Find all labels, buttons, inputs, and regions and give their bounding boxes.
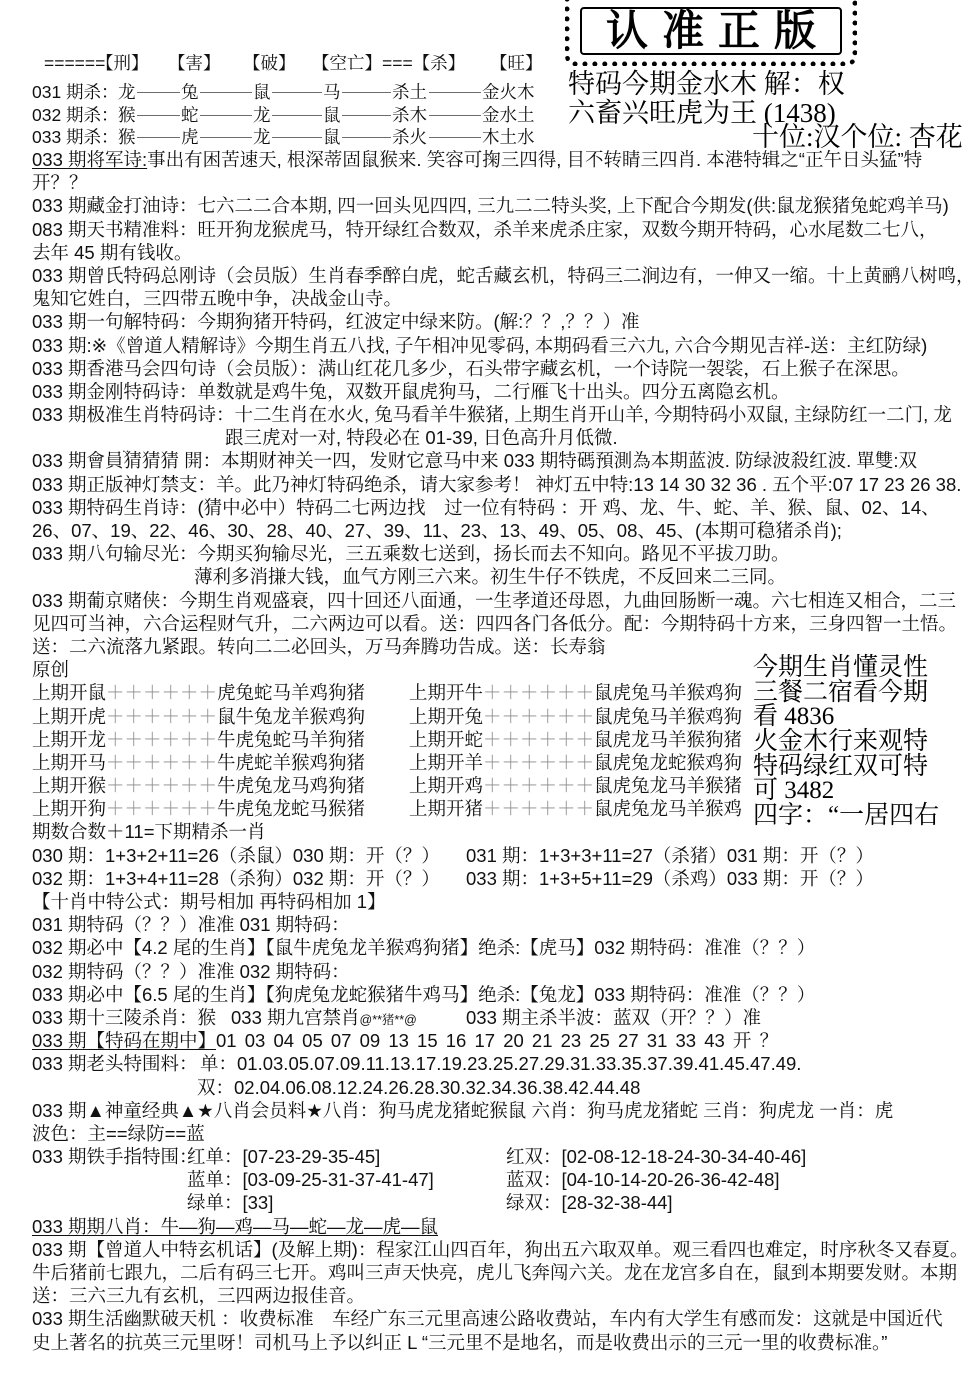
history-line: 031 期特码（？？）准准 031 期特码： bbox=[32, 913, 975, 936]
connector-line bbox=[272, 137, 322, 138]
humor-line: 033 期生活幽默破天机 ：收费标准 车经广东三元里高速公路收费站，车内有大学生… bbox=[32, 1307, 975, 1330]
side-poem-line: 可 3482 bbox=[753, 779, 939, 804]
kill-row-label: 031 期杀： bbox=[32, 81, 119, 104]
original-left: 上期开龙＋＋＋＋＋＋牛虎兔蛇马羊狗猪 bbox=[32, 728, 365, 751]
tema-shengxiao-line: 033 期特码生肖诗：(猜中必中）特码二七两边找 过一位有特码 ：开 鸡、龙、牛… bbox=[32, 496, 975, 519]
original-right: 上期开牛＋＋＋＋＋＋鼠虎兔马羊猴鸡狗 bbox=[409, 681, 742, 704]
xuanji-line: 033 期【曾道人中特玄机话】(及解上期)：程家江山四百年，狗出五六取双单。观三… bbox=[32, 1238, 975, 1261]
humor-line: 史上著名的抗英三元里呀！司机马上予以纠正 L “三元里不是地名，而是收费出示的三… bbox=[32, 1331, 975, 1354]
plus-signs: ＋＋＋＋＋＋ bbox=[106, 752, 217, 773]
original-right: 上期开蛇＋＋＋＋＋＋鼠虎龙马羊猴狗猪 bbox=[409, 728, 742, 751]
formula-row: 032 期：1+3+4+11=28（杀狗）032 期：开（？） 033 期：1+… bbox=[32, 867, 975, 890]
even-label: 双： bbox=[197, 1077, 234, 1098]
kill-row-label: 032 期杀： bbox=[32, 104, 119, 127]
plus-signs: ＋＋＋＋＋＋ bbox=[106, 775, 217, 796]
row-label: 上期开龙 bbox=[32, 729, 106, 750]
formula-cell: 030 期：1+3+2+11=26（杀鼠）030 期：开（？） bbox=[32, 844, 440, 867]
tieshouzhi-line: 蓝单：[03-09-25-31-37-41-47] 蓝双：[04-10-14-2… bbox=[32, 1168, 975, 1191]
jiugong-value: @**猪**@ bbox=[360, 1013, 417, 1027]
shentong-line: 033 期▲神童经典▲★八肖会员料★八肖：狗马虎龙猪蛇猴鼠 六肖：狗马虎龙猪蛇 … bbox=[32, 1099, 975, 1122]
xuanji-line: 送：三六三九有玄机，三四两边报佳音。 bbox=[32, 1284, 975, 1307]
jiugong-label: 033 期九宫禁肖 bbox=[231, 1007, 360, 1028]
logo-inner-frame: 认准正版 bbox=[580, 7, 842, 55]
ten-xiao-formula: 【十肖中特公式：期号相加 再特码相加 1】 bbox=[32, 890, 975, 913]
row-result: 鼠虎兔龙马羊猴鸡 bbox=[594, 798, 742, 819]
side-poem-line: 看 4836 bbox=[753, 705, 939, 730]
laotou-even: 双：02.04.06.08.12.24.26.28.30.32.34.36.38… bbox=[197, 1076, 640, 1099]
original-right: 上期开猪＋＋＋＋＋＋鼠虎兔龙马羊猴鸡 bbox=[409, 797, 742, 820]
laotou-odd: 单：01.03.05.07.09.11.13.17.19.23.25.27.29… bbox=[200, 1052, 801, 1075]
row-label: 上期开猴 bbox=[32, 775, 106, 796]
original-right: 上期开兔＋＋＋＋＋＋鼠虎兔马羊猴鸡狗 bbox=[409, 705, 742, 728]
pujing-line: 033 期葡京赌侠：今期生肖观盛衰，四十回还八面通，一生孝道还母恩，九曲回肠断一… bbox=[32, 589, 975, 612]
formula-cell: 032 期：1+3+4+11=28（杀狗）032 期：开（？） bbox=[32, 867, 440, 890]
tianshu-line: 083 期天书精准料：旺开狗龙猴虎马，特开绿红合数双，杀羊来虎杀庄家，双数今期开… bbox=[32, 218, 975, 241]
connector-line bbox=[342, 137, 391, 138]
main-kill-half-wave: 033 期主杀半波：蓝双（开？？）准 bbox=[466, 1006, 761, 1029]
kill-table-header-po: 【破】 bbox=[243, 52, 296, 75]
kill-row-cell: 龙 bbox=[253, 126, 271, 149]
baju-line: 薄利多消搛大钱，血气方刚三六来。初生牛仔不铁虎，不反回来二三同。 bbox=[32, 565, 975, 588]
row-result: 鼠虎兔马羊猴鸡狗 bbox=[594, 682, 742, 703]
baju-line: 033 期八句输尽光：今期买狗输尽光，三五乘数七送到，扬长而去不知向。路见不平拔… bbox=[32, 542, 975, 565]
kill-row-cell: 猴 bbox=[118, 126, 136, 149]
jingang-line: 033 期金刚特码诗：单数就是鸡牛兔，双数开鼠虎狗马，二行雁飞十出头。四分五离隐… bbox=[32, 380, 975, 403]
connector-line bbox=[200, 92, 252, 93]
row-result: 鼠虎兔龙蛇猴鸡狗 bbox=[594, 752, 742, 773]
connector-line bbox=[429, 92, 481, 93]
kill-table-row: 033 期杀： 猴 虎 龙 鼠 杀火 木土水 bbox=[0, 126, 560, 149]
tema-in-period-numbers: 01 03 04 05 07 09 13 15 16 17 20 21 23 2… bbox=[216, 1030, 778, 1051]
row-result: 牛虎兔龙蛇马猴猪 bbox=[217, 798, 365, 819]
jiangjun-poem-label: 033 期将军诗: bbox=[32, 149, 147, 170]
plus-signs: ＋＋＋＋＋＋ bbox=[106, 706, 217, 727]
row-label: 上期开猪 bbox=[409, 798, 483, 819]
green-even: 绿双：[28-32-38-44] bbox=[506, 1191, 673, 1214]
tieshouzhi-line: 绿单：[33] 绿双：[28-32-38-44] bbox=[32, 1191, 975, 1214]
kill-table-header-hai: 【害】 bbox=[168, 52, 221, 75]
side-poem: 今期生肖懂灵性 三餐二宿看今期 看 4836 火金木行来观特 特码绿红双可特 可… bbox=[753, 656, 939, 829]
laotou-line: 033 期老头特围料： 单：01.03.05.07.09.11.13.17.19… bbox=[32, 1052, 975, 1075]
shendeng-line: 033 期正版神灯禁支：羊。此乃神灯特码绝杀，请大家参考！ 神灯五中特:13 1… bbox=[32, 473, 975, 496]
connector-line bbox=[137, 137, 180, 138]
banner-line-1: 特码今期金水木 解：权 bbox=[568, 70, 845, 98]
kill-row-label: 033 期杀： bbox=[32, 126, 119, 149]
baxiao-text: 033 期期八肖：牛—狗—鸡—马—蛇—龙—虎—鼠 bbox=[32, 1216, 438, 1237]
connector-line bbox=[137, 115, 180, 116]
logo-text: 认准正版 bbox=[592, 10, 830, 52]
plus-signs: ＋＋＋＋＋＋ bbox=[483, 682, 594, 703]
tema-in-period-label: 033 期【特码在期中】 bbox=[32, 1030, 216, 1051]
zengdaoren-line: 033 期:※《曾道人精解诗》今期生肖五八找, 子午相冲见零码, 本期码看三六九… bbox=[32, 334, 975, 357]
row-result: 鼠虎龙马羊猴狗猪 bbox=[594, 729, 742, 750]
plus-signs: ＋＋＋＋＋＋ bbox=[483, 775, 594, 796]
history-line: 032 期特码（？？）准准 032 期特码： bbox=[32, 960, 975, 983]
tema-shengxiao-line: 26、07、19、22、46、30、28、40、27、39、11、23、13、4… bbox=[32, 519, 975, 542]
formula-cell: 033 期：1+3+5+11=29（杀鸡）033 期：开（？） bbox=[466, 867, 874, 890]
plus-signs: ＋＋＋＋＋＋ bbox=[106, 729, 217, 750]
connector-line bbox=[429, 137, 481, 138]
jizhun-line: 跟三虎对一对, 特段必在 01-39, 日色高升月低微. bbox=[32, 426, 975, 449]
kill-row-cell: 金水土 bbox=[482, 104, 535, 127]
banner-line-3: 十位:汉个位: 杏花 bbox=[752, 123, 963, 151]
jiangjun-poem: 033 期将军诗:事出有困苦速天, 根深蒂固鼠猴来. 笑容可掬三四得, 目不转睛… bbox=[32, 148, 975, 171]
row-result: 鼠牛兔龙羊猴鸡狗 bbox=[217, 706, 365, 727]
kill-row-cell: 木土水 bbox=[482, 126, 535, 149]
shisanling-kill: 033 期十三陵杀肖：猴 bbox=[32, 1006, 216, 1029]
connector-line bbox=[272, 92, 322, 93]
jizhun-line: 033 期极准生肖特码诗：十二生肖在水火, 兔马看羊牛猴猪, 上期生肖开山羊, … bbox=[32, 403, 975, 426]
row-result: 鼠虎兔龙马羊猴猪 bbox=[594, 775, 742, 796]
side-poem-line: 今期生肖懂灵性 bbox=[753, 656, 939, 681]
kill-row-cell: 金火木 bbox=[482, 81, 535, 104]
kill-row-cell: 杀土 bbox=[392, 81, 427, 104]
row-label: 上期开羊 bbox=[409, 752, 483, 773]
jiangjun-poem-text: 事出有困苦速天, 根深蒂固鼠猴来. 笑容可掬三四得, 目不转睛三四肖. 本港特辑… bbox=[147, 149, 922, 170]
shentong-line: 波色：主==绿防==蓝 bbox=[32, 1122, 975, 1145]
row-result: 牛虎兔蛇马羊狗猪 bbox=[217, 729, 365, 750]
plus-signs: ＋＋＋＋＋＋ bbox=[483, 752, 594, 773]
original-left: 上期开虎＋＋＋＋＋＋鼠牛兔龙羊猴鸡狗 bbox=[32, 705, 365, 728]
row-label: 上期开鼠 bbox=[32, 682, 106, 703]
laotou-label: 033 期老头特围料： bbox=[32, 1052, 198, 1075]
connector-line bbox=[200, 137, 252, 138]
kill-row-cell: 鼠 bbox=[323, 104, 341, 127]
original-left: 上期开猴＋＋＋＋＋＋牛虎兔龙马鸡狗猪 bbox=[32, 774, 365, 797]
kill-row-cell: 龙 bbox=[253, 104, 271, 127]
tianshu-line: 去年 45 期有钱收。 bbox=[32, 241, 975, 264]
row-result: 虎兔蛇马羊鸡狗猪 bbox=[217, 682, 365, 703]
original-right: 上期开鸡＋＋＋＋＋＋鼠虎兔龙马羊猴猪 bbox=[409, 774, 742, 797]
jiangjun-poem-cont: 开？？ bbox=[32, 171, 975, 194]
side-poem-line: 四字：“一居四右 bbox=[753, 804, 939, 829]
zengshi-line: 033 期曾氏特码总刚诗（会员版）生肖春季醉白虎，蛇舌藏玄机，特码三二涧边有，一… bbox=[32, 264, 975, 287]
kill-row-cell: 虎 bbox=[181, 126, 199, 149]
member-guess-line: 033 期會員猜猜猜 開：本期财神关一四，发财它意马中来 033 期特碼預測為本… bbox=[32, 449, 975, 472]
plus-signs: ＋＋＋＋＋＋ bbox=[106, 798, 217, 819]
row-result: 牛虎蛇羊猴鸡狗猪 bbox=[217, 752, 365, 773]
red-even: 红双：[02-08-12-18-24-30-34-40-46] bbox=[506, 1145, 806, 1168]
tieshouzhi-label: 033 期铁手指特围： bbox=[32, 1145, 198, 1168]
blue-even: 蓝双：[04-10-14-20-26-36-42-48] bbox=[506, 1168, 780, 1191]
history-line: 033 期必中【6.5 尾的生肖】【狗虎兔龙蛇猴猪牛鸡马】绝杀:【兔龙】033 … bbox=[32, 983, 975, 1006]
kill-table-row: 032 期杀： 猴 蛇 龙 鼠 杀木 金水土 bbox=[0, 104, 560, 127]
kill-row-cell: 鼠 bbox=[253, 81, 271, 104]
kill-table-header-kongwang-sha: 【空亡】===【杀】 bbox=[312, 52, 465, 75]
side-poem-line: 火金木行来观特 bbox=[753, 730, 939, 755]
row-label: 上期开鸡 bbox=[409, 775, 483, 796]
plus-signs: ＋＋＋＋＋＋ bbox=[483, 729, 594, 750]
xuanji-line: 牛后猪前七跟九，二后有码三七开。鸡叫三声天快亮，虎儿飞奔闯六关。龙在龙宫多自在，… bbox=[32, 1261, 975, 1284]
original-left: 上期开狗＋＋＋＋＋＋牛虎兔龙蛇马猴猪 bbox=[32, 797, 365, 820]
side-poem-line: 三餐二宿看今期 bbox=[753, 681, 939, 706]
even-numbers: 02.04.06.08.12.24.26.28.30.32.34.36.38.4… bbox=[234, 1077, 640, 1098]
connector-line bbox=[272, 115, 322, 116]
original-right: 上期开羊＋＋＋＋＋＋鼠虎兔龙蛇猴鸡狗 bbox=[409, 751, 742, 774]
original-left: 上期开马＋＋＋＋＋＋牛虎蛇羊猴鸡狗猪 bbox=[32, 751, 365, 774]
kill-row-cell: 兔 bbox=[181, 81, 199, 104]
row-result: 牛虎兔龙马鸡狗猪 bbox=[217, 775, 365, 796]
row-result: 鼠虎兔马羊猴鸡狗 bbox=[594, 706, 742, 727]
connector-line bbox=[137, 92, 180, 93]
connector-line bbox=[200, 115, 252, 116]
kill-row-cell: 马 bbox=[323, 81, 341, 104]
hk-jockey-line: 033 期香港马会四句诗（会员版）：满山红花几多少，石头带字藏玄机，一个诗院一袈… bbox=[32, 357, 975, 380]
kill-row-cell: 蛇 bbox=[181, 104, 199, 127]
laotou-even-line: 双：02.04.06.08.12.24.26.28.30.32.34.36.38… bbox=[32, 1076, 975, 1099]
tieshouzhi-line: 033 期铁手指特围： 红单：[07-23-29-35-45] 红双：[02-0… bbox=[32, 1145, 975, 1168]
row-label: 上期开蛇 bbox=[409, 729, 483, 750]
plus-signs: ＋＋＋＋＋＋ bbox=[483, 706, 594, 727]
tema-in-period: 033 期【特码在期中】01 03 04 05 07 09 13 15 16 1… bbox=[32, 1029, 975, 1052]
row-label: 上期开兔 bbox=[409, 706, 483, 727]
kill-table-header-wang: 【旺】 bbox=[490, 52, 543, 75]
odd-label: 单： bbox=[200, 1053, 237, 1074]
kill-row-cell: 鼠 bbox=[323, 126, 341, 149]
kill-table-header-xing: 【刑】 bbox=[96, 52, 149, 75]
connector-line bbox=[342, 115, 391, 116]
blue-odd: 蓝单：[03-09-25-31-37-41-47] bbox=[187, 1168, 434, 1191]
side-poem-line: 特码绿红双可特 bbox=[753, 755, 939, 780]
odd-numbers: 01.03.05.07.09.11.13.17.19.23.25.27.29.3… bbox=[237, 1053, 801, 1074]
red-odd: 红单：[07-23-29-35-45] bbox=[187, 1145, 380, 1168]
logo-frame: 认准正版 bbox=[565, 0, 857, 66]
kill-row-cell: 杀火 bbox=[392, 126, 427, 149]
plus-signs: ＋＋＋＋＋＋ bbox=[106, 682, 217, 703]
row-label: 上期开虎 bbox=[32, 706, 106, 727]
connector-line bbox=[342, 92, 391, 93]
baxiao-line: 033 期期八肖：牛—狗—鸡—马—蛇—龙—虎—鼠 bbox=[32, 1215, 975, 1238]
formula-row: 030 期：1+3+2+11=26（杀鼠）030 期：开（？） 031 期：1+… bbox=[32, 844, 975, 867]
formula-cell: 031 期：1+3+3+11=27（杀猪）031 期：开（？） bbox=[466, 844, 874, 867]
original-left: 上期开鼠＋＋＋＋＋＋虎兔蛇马羊鸡狗猪 bbox=[32, 681, 365, 704]
misc-line: 033 期十三陵杀肖：猴 033 期九宫禁肖@**猪**@ 033 期主杀半波：… bbox=[32, 1006, 975, 1029]
history-line: 032 期必中【4.2 尾的生肖】【鼠牛虎兔龙羊猴鸡狗猪】绝杀:【虎马】032 … bbox=[32, 936, 975, 959]
zengshi-line: 鬼知它姓白，三四带五晚中争，决战金山寺。 bbox=[32, 287, 975, 310]
row-label: 上期开牛 bbox=[409, 682, 483, 703]
kill-row-cell: 猴 bbox=[118, 104, 136, 127]
kill-table-row: 031 期杀： 龙 兔 鼠 马 杀土 金火木 bbox=[0, 81, 560, 104]
cangjin-poem: 033 期藏金打油诗：七六二二合本期, 四一回头见四四, 三九二二特头奖, 上下… bbox=[32, 194, 975, 217]
kill-row-cell: 杀木 bbox=[392, 104, 427, 127]
pujing-line: 见四可当神，六合运程财气升，二六两边可以看。送：四四各门各低分。配：今期特码十方… bbox=[32, 612, 975, 635]
yiju-line: 033 期一句解特码：今期狗猪开特码，红波定中绿来防。(解:？？,？？）准 bbox=[32, 310, 975, 333]
connector-line bbox=[429, 115, 481, 116]
plus-signs: ＋＋＋＋＋＋ bbox=[483, 798, 594, 819]
row-label: 上期开马 bbox=[32, 752, 106, 773]
kill-row-cell: 龙 bbox=[118, 81, 136, 104]
row-label: 上期开狗 bbox=[32, 798, 106, 819]
green-odd: 绿单：[33] bbox=[187, 1191, 273, 1214]
